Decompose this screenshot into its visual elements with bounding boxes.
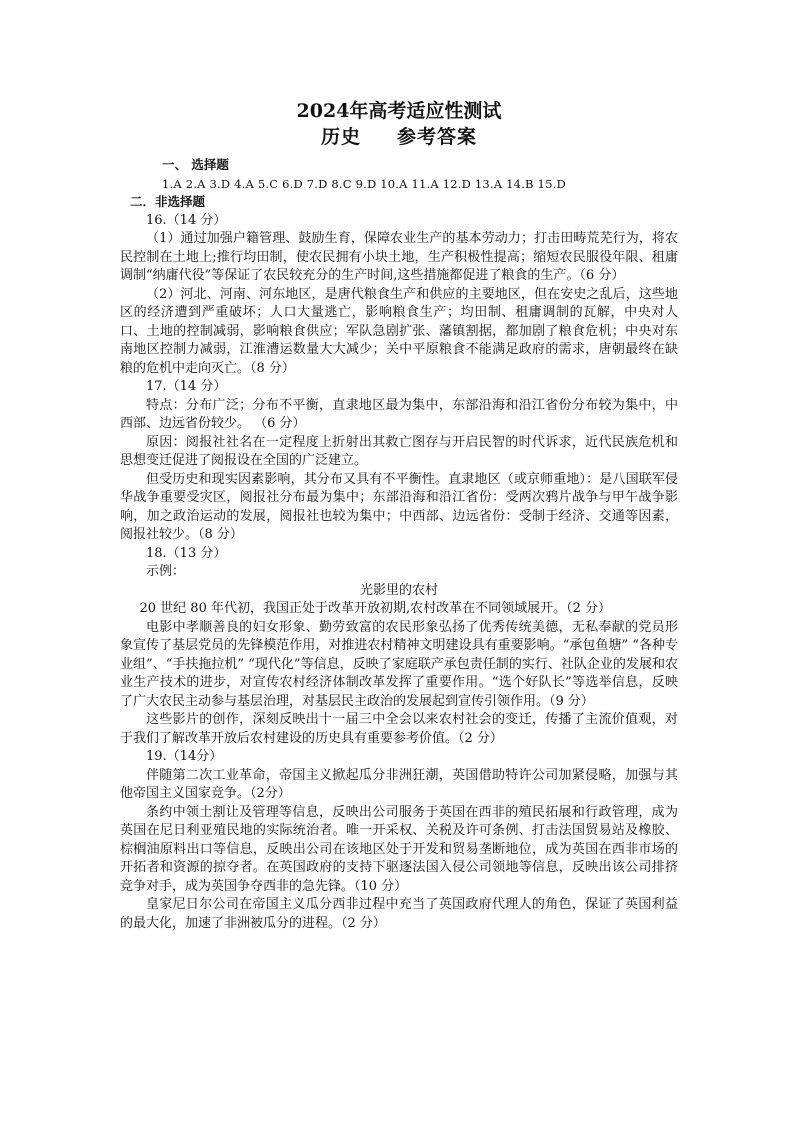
document-title: 2024年高考适应性测试 — [120, 98, 678, 124]
subject-label: 历史 — [321, 126, 361, 148]
question-18-example-label: 示例： — [120, 563, 678, 582]
question-16-part-2: （2）河北、河南、河东地区，是唐代粮食生产和供应的主要地区，但在安史之乱后，这些… — [120, 286, 678, 379]
question-18-para-1: 20 世纪 80 年代初，我国正处于改革开放初期,农村改革在不同领域展开。（2 … — [120, 600, 678, 619]
question-18-label: 18.（13 分） — [120, 545, 678, 564]
question-17-features: 特点：分布广泛；分布不平衡，直隶地区最为集中，东部沿海和沿江省份分布较为集中，中… — [120, 397, 678, 434]
question-16: 16.（14 分） （1）通过加强户籍管理、鼓励生育，保障农业生产的基本劳动力；… — [120, 212, 678, 379]
question-18-essay-title: 光影里的农村 — [120, 582, 678, 601]
question-19-label: 19.（14分） — [120, 748, 678, 767]
document-subtitle: 历史参考答案 — [120, 124, 678, 150]
question-18-para-3: 这些影片的创作，深刻反映出十一届三中全会以来农村社会的变迁，传播了主流价值观，对… — [120, 711, 678, 748]
question-17-reasons: 原因：阅报社社名在一定程度上折射出其救亡图存与开启民智的时代诉求，近代民族危机和… — [120, 434, 678, 471]
question-19-para-1: 伴随第二次工业革命，帝国主义掀起瓜分非洲狂潮，英国借助特许公司加紧侵略，加强与其… — [120, 767, 678, 804]
question-16-label: 16.（14 分） — [120, 212, 678, 231]
question-19-para-2: 条约中领土割让及管理等信息，反映出公司服务于英国在西非的殖民拓展和行政管理，成为… — [120, 804, 678, 897]
question-19: 19.（14分） 伴随第二次工业革命，帝国主义掀起瓜分非洲狂潮，英国借助特许公司… — [120, 748, 678, 933]
question-17-reasons-cont: 但受历史和现实因素影响，其分布又具有不平衡性。直隶地区（或京师重地）：是八国联军… — [120, 471, 678, 545]
question-16-part-1: （1）通过加强户籍管理、鼓励生育，保障农业生产的基本劳动力；打击田畴荒芜行为，将… — [120, 230, 678, 286]
question-18: 18.（13 分） 示例： 光影里的农村 20 世纪 80 年代初，我国正处于改… — [120, 545, 678, 749]
question-17-label: 17.（14 分） — [120, 378, 678, 397]
answer-key-label: 参考答案 — [397, 126, 477, 148]
question-18-para-2: 电影中孝顺善良的妇女形象、勤劳致富的农民形象弘扬了优秀传统美德，无私奉献的党员形… — [120, 619, 678, 712]
question-17: 17.（14 分） 特点：分布广泛；分布不平衡，直隶地区最为集中，东部沿海和沿江… — [120, 378, 678, 545]
section-heading-multiple-choice: 一、 选择题 — [120, 156, 678, 175]
answer-key-page: 2024年高考适应性测试 历史参考答案 一、 选择题 1.A 2.A 3.D 4… — [120, 98, 678, 933]
section-heading-non-multiple-choice: 二．非选择题 — [120, 193, 678, 212]
multiple-choice-answers: 1.A 2.A 3.D 4.A 5.C 6.D 7.D 8.C 9.D 10.A… — [120, 175, 678, 194]
question-19-para-3: 皇家尼日尔公司在帝国主义瓜分西非过程中充当了英国政府代理人的角色，保证了英国利益… — [120, 896, 678, 933]
